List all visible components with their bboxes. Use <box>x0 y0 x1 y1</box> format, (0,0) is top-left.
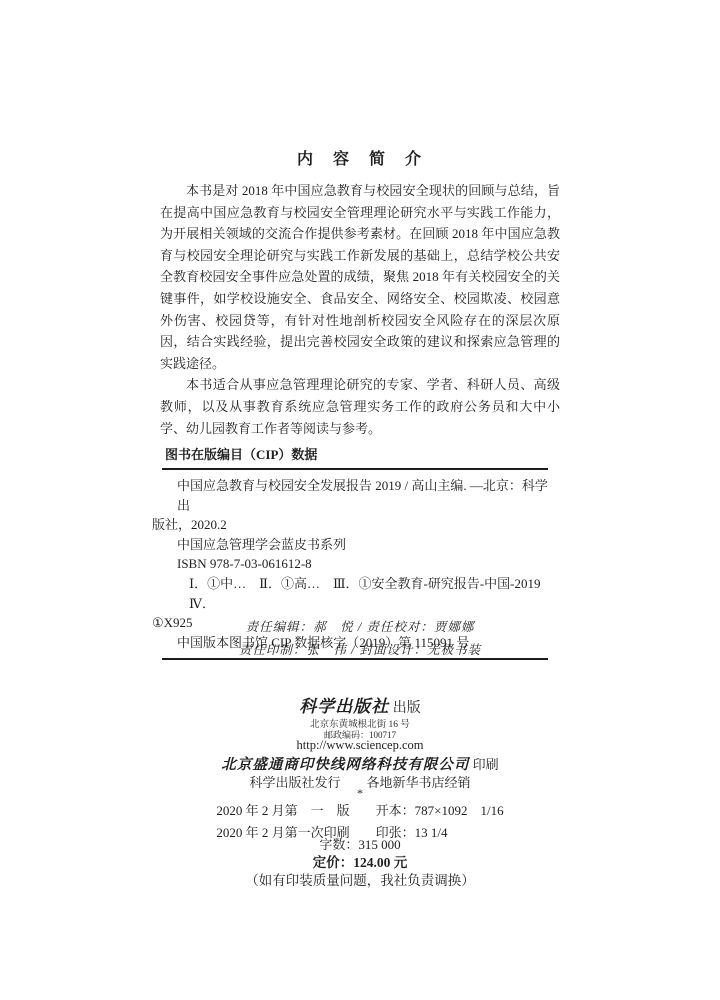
printer-line: 北京盛通商印快线网络科技有限公司 印刷 <box>0 753 720 774</box>
cip-line-title: 中国应急教育与校园安全发展报告 2019 / 高山主编. —北京：科学出 <box>152 476 548 515</box>
intro-paragraph-1: 本书是对 2018 年中国应急教育与校园安全现状的回顾与总结，旨在提高中国应急教… <box>160 180 560 374</box>
intro-text-block: 本书是对 2018 年中国应急教育与校园安全现状的回顾与总结，旨在提高中国应急教… <box>160 180 560 439</box>
staff-credits: 责任编辑：郝 悦 / 责任校对：贾娜娜 责任印制：张 伟 / 封面设计：无极书装 <box>0 616 720 662</box>
intro-section-title: 内 容 简 介 <box>0 146 720 169</box>
edition-line: 2020 年 2 月第 一 版 开本：787×1092 1/16 <box>216 800 503 822</box>
cip-line-classification: Ⅰ．①中… Ⅱ．①高… Ⅲ．①安全教育-研究报告-中国-2019 Ⅳ． <box>152 574 548 613</box>
cip-line-title-cont: 版社，2020.2 <box>152 515 548 535</box>
divider-asterisk: * <box>0 786 720 801</box>
cip-line-isbn: ISBN 978-7-03-061612-8 <box>152 554 548 574</box>
price-line: 定价：124.00 元 <box>0 851 720 871</box>
publisher-name: 科学出版社 <box>299 697 389 716</box>
credits-editor-line: 责任编辑：郝 悦 / 责任校对：贾娜娜 <box>0 616 720 639</box>
publisher-suffix: 出版 <box>389 701 421 716</box>
printer-name: 北京盛通商印快线网络科技有限公司 <box>221 757 469 773</box>
publisher-url: http://www.sciencep.com <box>0 738 720 753</box>
book-copyright-page: 内 容 简 介 本书是对 2018 年中国应急教育与校园安全现状的回顾与总结，旨… <box>0 0 720 1000</box>
cip-header: 图书在版编目（CIP）数据 <box>152 444 548 468</box>
printer-suffix: 印刷 <box>469 757 498 772</box>
publisher-line: 科学出版社 出版 <box>0 692 720 717</box>
quality-notice: （如有印装质量问题，我社负责调换） <box>0 869 720 889</box>
cip-line-series: 中国应急管理学会蓝皮书系列 <box>152 535 548 555</box>
credits-printing-line: 责任印制：张 伟 / 封面设计：无极书装 <box>0 639 720 662</box>
intro-paragraph-2: 本书适合从事应急管理理论研究的专家、学者、科研人员、高级教师，以及从事教育系统应… <box>160 374 560 439</box>
